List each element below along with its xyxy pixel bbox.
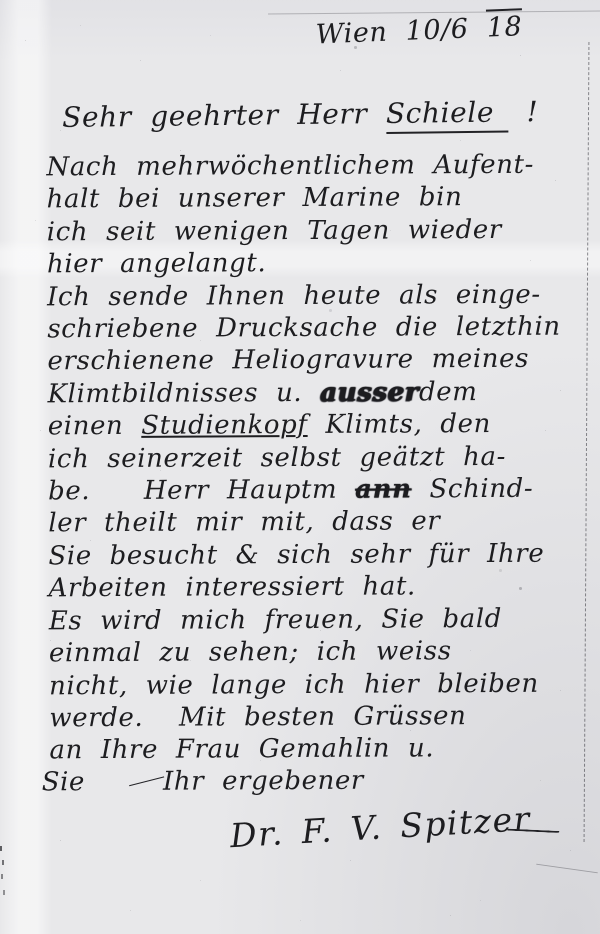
salutation-pre: Sehr geehrter Herr: [62, 97, 386, 134]
line-pre: Klimtbildnisses u.: [48, 378, 321, 409]
signature: Dr. F. V. Spitzer: [229, 799, 532, 855]
body-line: nicht, wie lange ich hier bleiben: [49, 667, 589, 702]
letter-body: Nach mehrwöchentlichem Aufent- halt bei …: [46, 148, 589, 767]
body-line: Ich sende Ihnen heute als einge-: [47, 278, 587, 313]
body-line: an Ihre Frau Gemahlin u.: [49, 732, 589, 767]
body-line: ich seinerzeit selbst geätzt ha-: [48, 440, 588, 475]
date-place-and-day: Wien 10/6: [315, 13, 487, 51]
body-line: halt bei unserer Marine bin: [47, 181, 587, 216]
date-year: 18: [486, 8, 523, 43]
body-line: ler theilt mir mit, dass er: [48, 505, 588, 540]
salutation-name: Schiele: [386, 95, 509, 133]
blotted-word: ausser: [320, 377, 419, 408]
body-line: erschienene Heliogravure meines: [47, 343, 587, 378]
body-line-with-underline: einen Studienkopf Klimts, den: [48, 408, 588, 443]
underlined-word: Studienkopf: [141, 410, 308, 441]
line-pre: be. Herr Hauptm: [48, 475, 355, 507]
body-line: Nach mehrwöchentlichem Aufent-: [46, 148, 586, 183]
closing-valediction: Ihr ergebener: [163, 766, 364, 797]
body-line: schriebene Drucksache die letzthin: [47, 311, 587, 346]
line-pre: einen: [48, 411, 142, 441]
body-line: werde. Mit besten Grüssen: [49, 699, 589, 734]
body-line: Es wird mich freuen, Sie bald: [49, 602, 589, 637]
body-line-with-strike: be. Herr Hauptm ann Schind-: [48, 473, 588, 508]
body-line: Arbeiten interessiert hat.: [49, 570, 589, 605]
line-post: Klimts, den: [308, 409, 491, 440]
letter-page: Wien 10/6 18 Sehr geehrter Herr Schiele …: [0, 0, 600, 934]
body-line-with-blot: Klimtbildnisses u. ausserdem: [48, 375, 588, 410]
struck-word: ann: [355, 474, 412, 504]
body-line: einmal zu sehen; ich weiss: [49, 635, 589, 670]
salutation-punct: !: [508, 95, 539, 128]
salutation: Sehr geehrter Herr Schiele !: [62, 95, 539, 134]
closing-left: Sie: [42, 767, 85, 797]
body-line: ich seit wenigen Tagen wieder: [47, 213, 587, 248]
date-line: Wien 10/6 18: [315, 11, 523, 50]
closing-row: SieIhr ergebener: [42, 765, 562, 798]
line-post: Schind-: [412, 474, 534, 505]
line-post: dem: [419, 377, 478, 407]
handwritten-text-layer: Wien 10/6 18 Sehr geehrter Herr Schiele …: [0, 0, 600, 934]
body-line: Sie besucht & sich sehr für Ihre: [48, 537, 588, 572]
body-line: hier angelangt.: [47, 246, 587, 281]
